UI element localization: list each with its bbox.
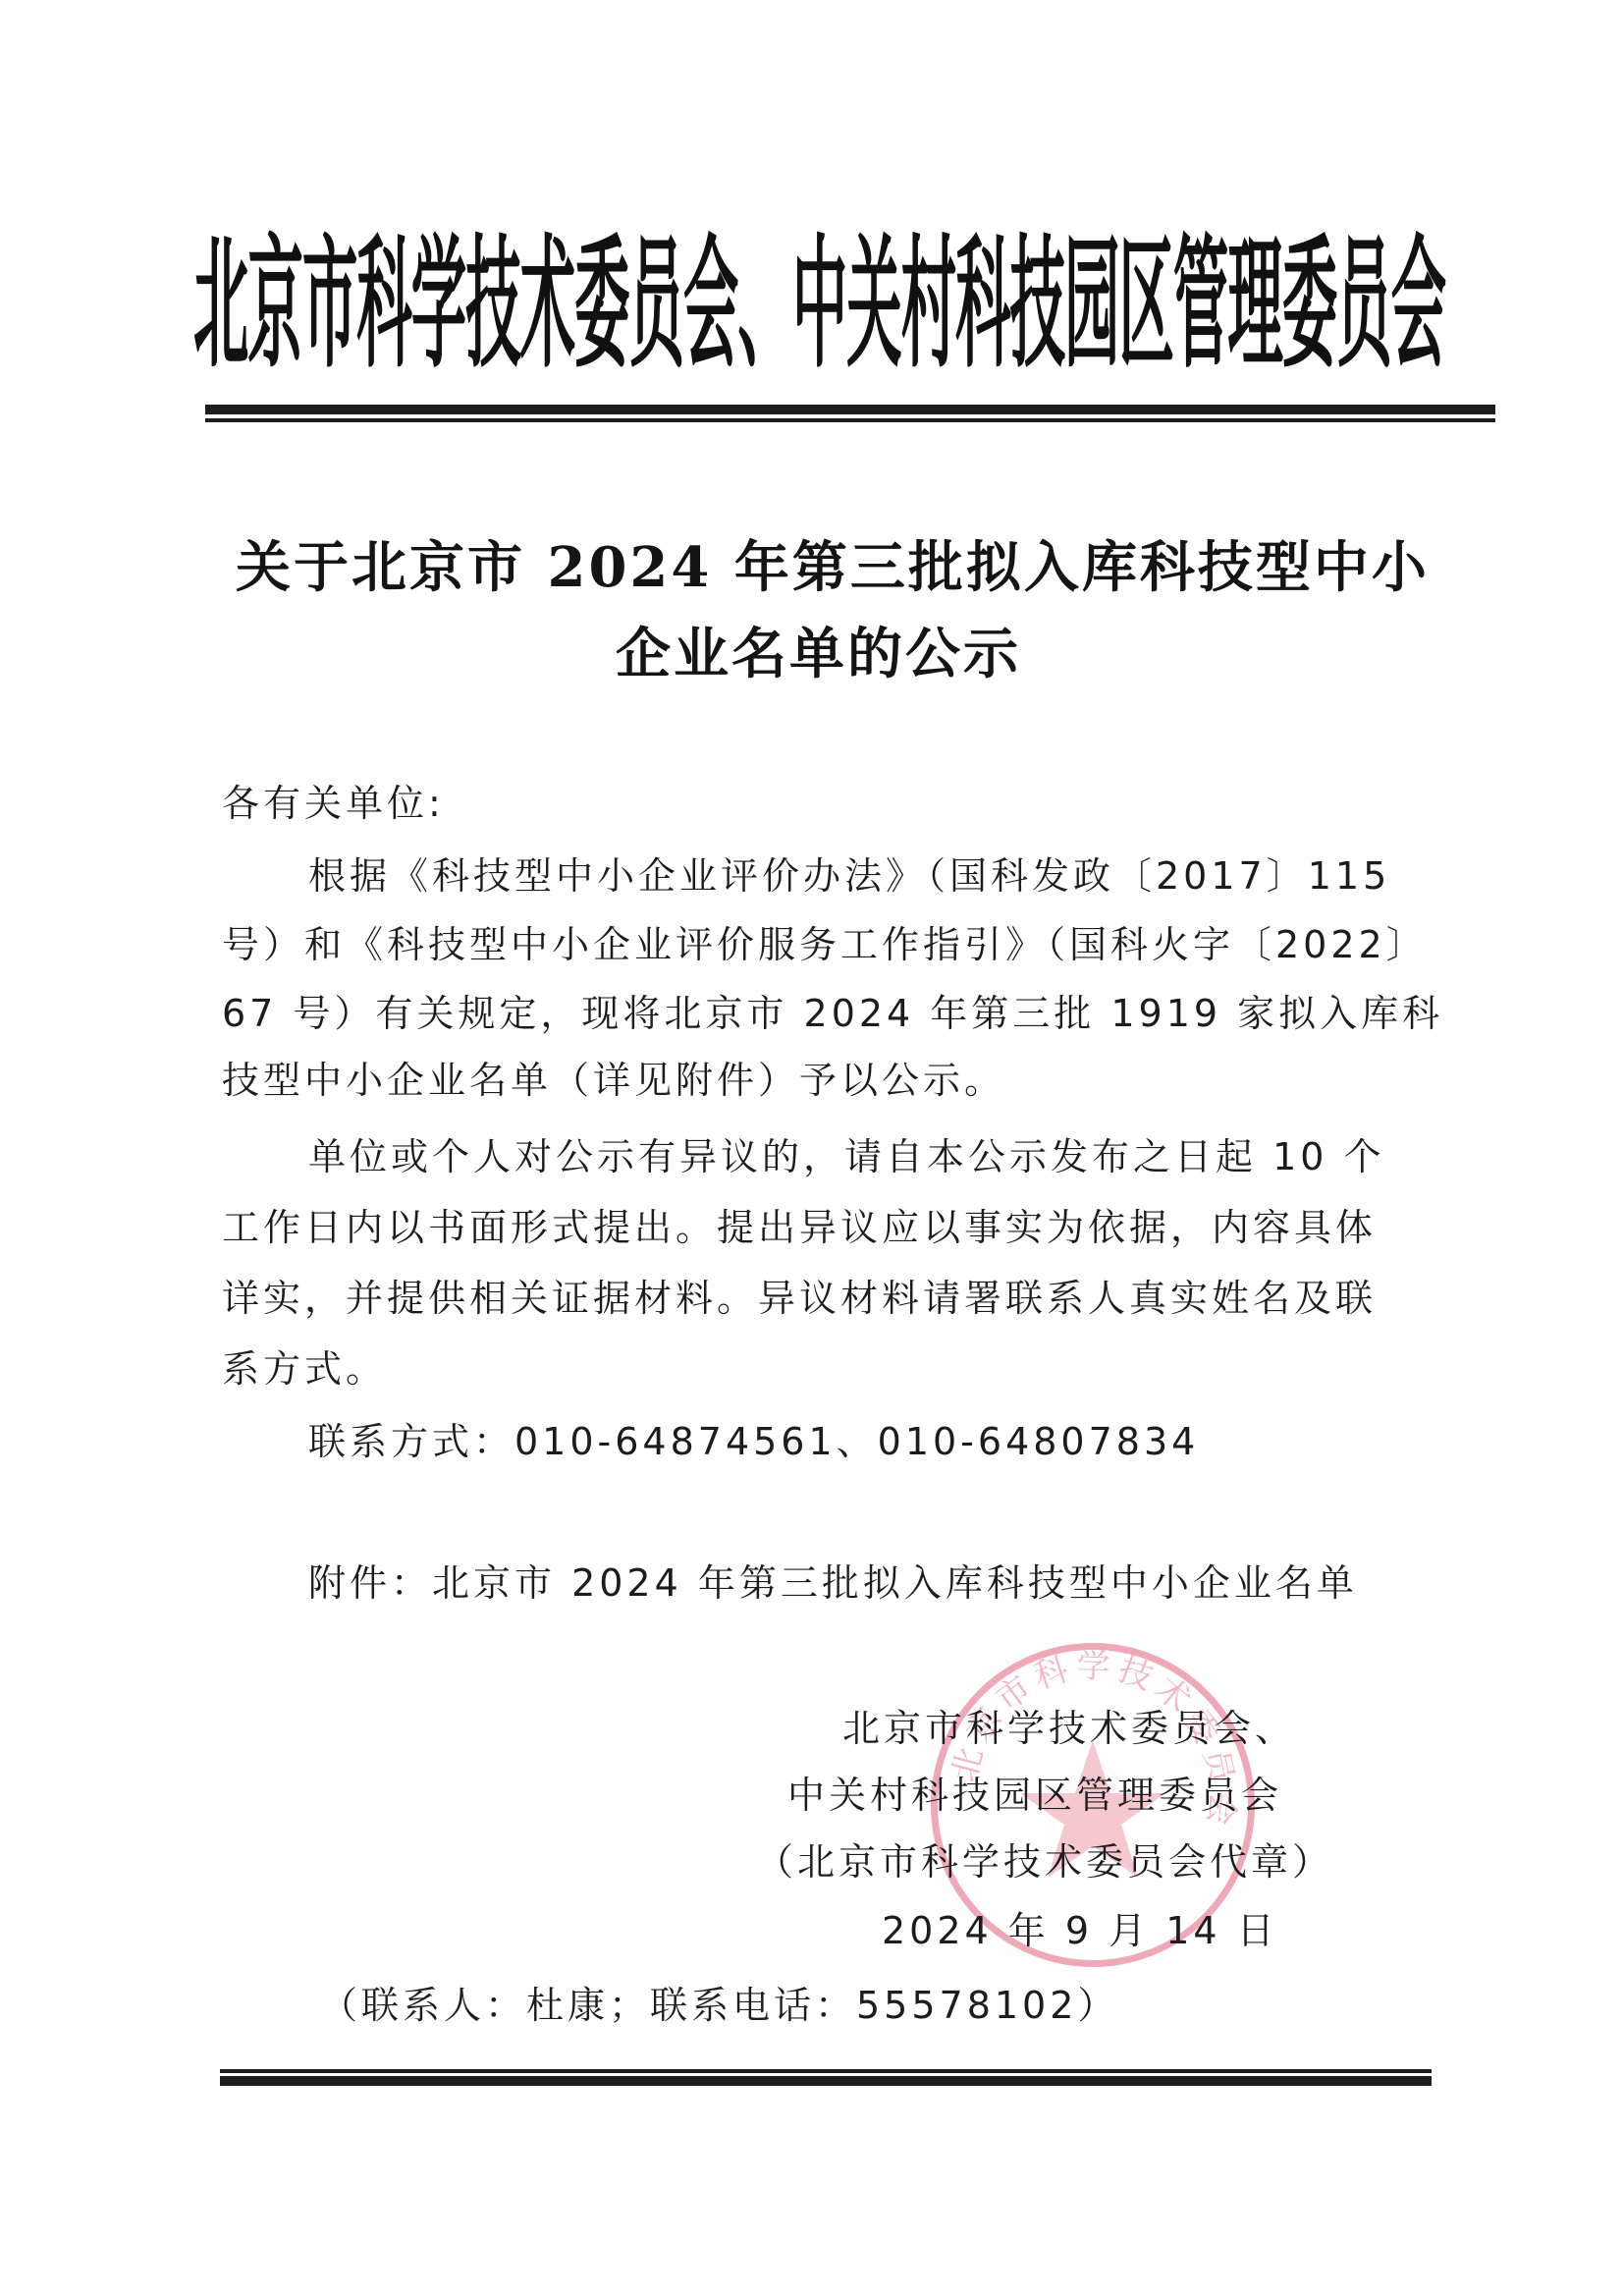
signature-seal-note: （北京市科学技术委员会代章） [756, 1840, 1333, 1884]
contact-person-note: （联系人：杜康；联系电话：55578102） [320, 1984, 1118, 2027]
header-thick-rule [205, 405, 1495, 414]
contact-methods: 联系方式：010-64874561、010-64807834 [308, 1420, 1199, 1463]
signature-org-line1: 北京市科学技术委员会、 [842, 1707, 1296, 1750]
header-thin-rule [205, 418, 1495, 422]
paragraph2-line: 单位或个人对公示有异议的，请自本公示发布之日起 10 个 [308, 1135, 1385, 1178]
footer-thin-rule [220, 2069, 1432, 2073]
paragraph1-line: 根据《科技型中小企业评价办法》（国科发政〔2017〕115 [308, 854, 1390, 898]
paragraph2-line: 详实，并提供相关证据材料。异议材料请署联系人真实姓名及联 [222, 1277, 1377, 1320]
document-title-line2: 企业名单的公示 [616, 625, 1021, 683]
signature-date: 2024 年 9 月 14 日 [882, 1909, 1278, 1952]
signature-org-line2: 中关村科技园区管理委员会 [787, 1774, 1282, 1817]
salutation: 各有关单位: [222, 782, 445, 825]
paragraph2-line: 系方式。 [222, 1347, 387, 1391]
footer-thick-rule [220, 2076, 1432, 2086]
paragraph1-line: 67 号）有关规定，现将北京市 2024 年第三批 1919 家拟入库科 [222, 992, 1443, 1035]
document-title-line1: 关于北京市 2024 年第三批拟入库科技型中小 [236, 538, 1430, 597]
attachment-reference: 附件：北京市 2024 年第三批拟入库科技型中小企业名单 [308, 1561, 1358, 1605]
paragraph1-line: 号）和《科技型中小企业评价服务工作指引》（国科火字〔2022〕 [222, 923, 1428, 966]
paragraph2-line: 工作日内以书面形式提出。提出异议应以事实为依据，内容具体 [222, 1206, 1377, 1249]
paragraph1-line: 技型中小企业名单（详见附件）予以公示。 [222, 1059, 1005, 1102]
